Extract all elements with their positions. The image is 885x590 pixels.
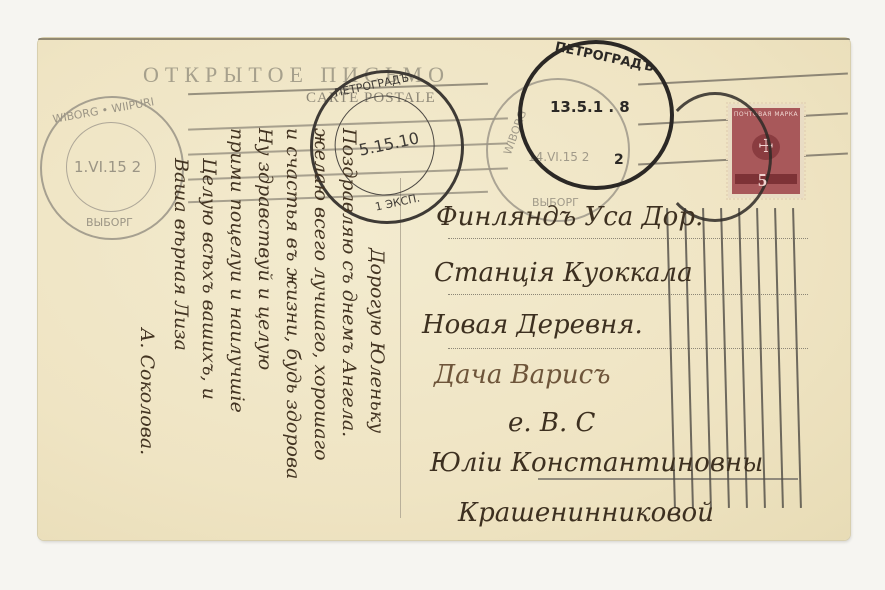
message-line: желаю всего лучшаго, хорошаго	[310, 128, 332, 461]
postmark-petrograd-2: ПЕТРОГРАДЪ 13.5.1 . 8 2	[518, 40, 674, 190]
message-line: Дорогую Юленьку	[366, 248, 388, 433]
address-line-surname: Крашенинниковой	[458, 498, 714, 528]
address-line-name: Юліи Константиновны	[430, 448, 763, 478]
address-line-dacha: Дача Варисъ	[434, 360, 610, 390]
message-line: Поздравляю съ днемъ Ангела.	[338, 128, 360, 437]
message-line: и счастья въ жизни, будь здорова	[282, 128, 304, 479]
address-line-village: Новая Деревня.	[422, 310, 643, 340]
postmark-date: 13.5.1 . 8	[550, 98, 630, 116]
address-line-rule	[448, 238, 808, 239]
message-line: Целую всѣхъ вашихъ, и	[198, 158, 220, 400]
message-signature: А. Соколова.	[136, 328, 158, 455]
handwritten-message: Дорогую Юленьку Поздравляю съ днемъ Анге…	[88, 98, 398, 568]
cancel-line	[774, 208, 784, 508]
message-line: Ваша вѣрная Лиза	[170, 158, 192, 351]
address-line-rule	[448, 294, 808, 295]
address-underline	[538, 478, 798, 480]
postcard-back: ОТКРЫТОЕ ПИСЬМО CARTE POSTALE ПОЧТОВАЯ М…	[38, 38, 850, 540]
cancel-line	[638, 73, 848, 86]
message-line: прими поцелуи и наилучшіе	[226, 128, 248, 413]
address-line-honorific: е. В. С	[508, 408, 595, 438]
address-line-country: Финляндъ Уса Дор.	[436, 202, 703, 232]
address-line-station: Станція Куоккала	[434, 258, 693, 288]
stamp-value: 5	[758, 170, 767, 191]
address-line-rule	[448, 348, 808, 349]
center-divider	[400, 178, 401, 518]
message-line: Ну здравствуй и целую	[254, 128, 276, 370]
postmark-bottom-text: 2	[614, 152, 624, 168]
cancel-line	[792, 208, 802, 508]
postmark-ring-text: ПЕТРОГРАДЪ	[554, 40, 656, 76]
